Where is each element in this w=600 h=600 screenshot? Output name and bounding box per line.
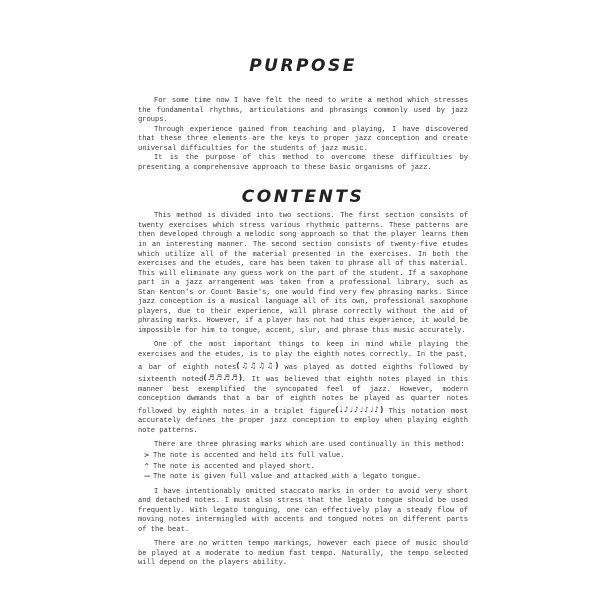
phrasing-marks-list: >The note is accented and held its full … [144,451,468,483]
triplet-notation-icon: (♩♪♩♪♩♪♩♪) [335,405,383,414]
eighth-notes-notation-icon: (♫♫♫♫) [236,361,278,370]
purpose-paragraph-3: It is the purpose of this method to over… [138,154,468,173]
phrasing-mark-accent-held: >The note is accented and held its full … [144,451,468,462]
dotted-eighths-notation-icon: (♬♬♬♬) [203,373,241,382]
phrasing-mark-text: The note is given full value and attacke… [153,473,421,481]
contents-paragraph-sections: This method is divided into two sections… [138,212,468,336]
purpose-heading: PURPOSE [138,56,468,76]
contents-section: This method is divided into two sections… [138,212,468,569]
phrasing-mark-text: The note is accented and played short. [153,463,315,471]
phrasing-mark-text: The note is accented and held its full v… [153,452,345,460]
phrasing-mark-legato: —The note is given full value and attack… [144,472,468,483]
tenuto-mark-icon: — [144,472,153,482]
document-page: PURPOSE For some time now I have felt th… [138,56,468,569]
contents-paragraph-staccato: I have intentionably omitted staccato ma… [138,488,468,536]
contents-paragraph-eighth-notes: One of the most important things to keep… [138,341,468,436]
purpose-section: For some time now I have felt the need t… [138,97,468,173]
contents-paragraph-phrasing-marks: There are three phrasing marks which are… [138,441,468,451]
accent-mark-icon: > [144,451,153,461]
phrasing-mark-accent-short: ^The note is accented and played short. [144,462,468,473]
contents-paragraph-tempo: There are no written tempo markings, how… [138,540,468,569]
contents-heading: CONTENTS [138,187,468,207]
marcato-mark-icon: ^ [144,462,153,472]
purpose-paragraph-1: For some time now I have felt the need t… [138,97,468,126]
purpose-paragraph-2: Through experience gained from teaching … [138,126,468,155]
